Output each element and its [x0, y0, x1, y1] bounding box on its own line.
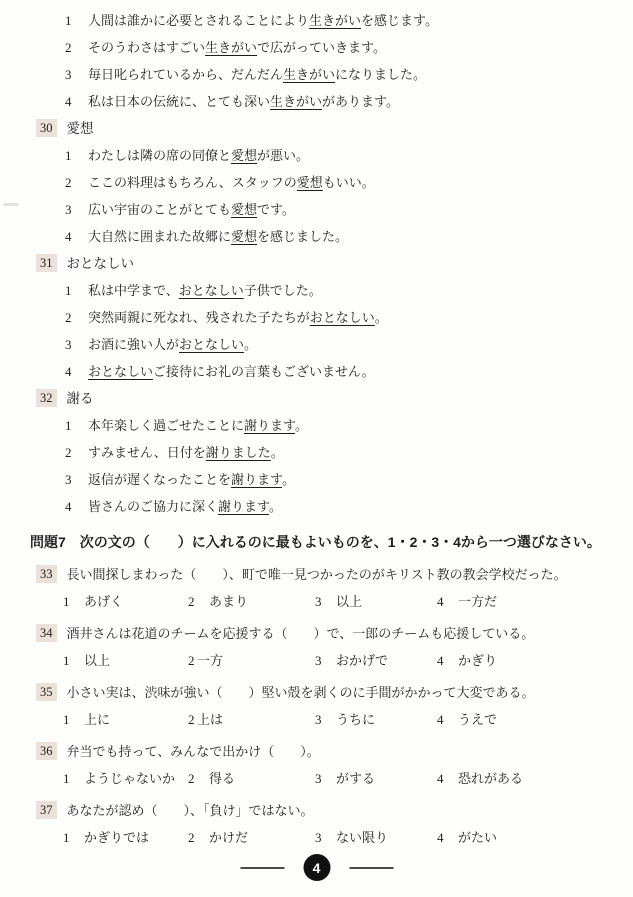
option-number: 4	[65, 493, 88, 520]
underlined-word: おとなしい	[179, 337, 244, 352]
choice-text: 上は	[197, 712, 223, 727]
choice-text: 一方	[197, 653, 223, 668]
choice-number: 1	[63, 647, 72, 674]
grammar-question-sentence-row: 33長い間探しまわった（ ）、町で唯一見つかったのがキリスト教の教会学校だった。	[30, 561, 607, 588]
option-row: 3毎日叱られているから、だんだん生きがいになりました。	[30, 61, 607, 88]
option-number: 3	[65, 61, 88, 88]
word-question-header: 31おとなしい	[30, 250, 607, 277]
choice-text: ようじゃないか	[84, 771, 175, 786]
grammar-question-sentence-row: 36弁当でも持って、みんなで出かけ（ ）。	[30, 738, 607, 765]
grammar-question-text: 長い間探しまわった（ ）、町で唯一見つかったのがキリスト教の教会学校だった。	[67, 561, 567, 588]
choice-text: 以上	[84, 653, 110, 668]
question-number-badge: 35	[36, 683, 57, 701]
word-question-list: 30愛想1わたしは隣の席の同僚と愛想が悪い。2ここの料理はもちろん、スタッフの愛…	[30, 115, 607, 520]
grammar-choice: 4うえで	[437, 706, 607, 733]
grammar-question: 33長い間探しまわった（ ）、町で唯一見つかったのがキリスト教の教会学校だった。…	[30, 561, 607, 615]
word-question: 32謝る1本年楽しく過ごせたことに謝ります。2すみません、日付を謝りました。3返…	[30, 385, 607, 520]
question-number-badge: 36	[36, 742, 57, 760]
page-number-badge: 4	[303, 854, 330, 881]
question-number-badge: 32	[36, 389, 57, 407]
option-number: 2	[65, 304, 88, 331]
underlined-word: おとなしい	[310, 310, 375, 325]
question-number-badge: 33	[36, 565, 57, 583]
option-row: 3広い宇宙のことがとても愛想です。	[30, 196, 607, 223]
option-text: 毎日叱られているから、だんだん生きがいになりました。	[88, 61, 426, 88]
grammar-choice: 4一方だ	[437, 588, 607, 615]
word-question: 31おとなしい1私は中学まで、おとなしい子供でした。2突然両親に死なれ、残された…	[30, 250, 607, 385]
choice-text: 上に	[84, 712, 110, 727]
underlined-word: 謝ります	[244, 418, 295, 433]
grammar-choice: 1以上	[63, 647, 188, 674]
underlined-word: 生きがい	[309, 13, 361, 28]
underlined-word: 愛想	[231, 148, 257, 163]
grammar-question: 36弁当でも持って、みんなで出かけ（ ）。1ようじゃないか2得る3がする4恐れが…	[30, 738, 607, 792]
option-text: 大自然に囲まれた故郷に愛想を感じました。	[88, 223, 348, 250]
choice-text: がする	[336, 771, 375, 786]
grammar-question-text: あなたが認め（ ）、「負け」ではない。	[67, 797, 314, 824]
choice-number: 1	[63, 765, 72, 792]
option-text: 人間は誰かに必要とされることにより生きがいを感じます。	[88, 7, 438, 34]
choice-text: ない限り	[336, 830, 388, 845]
grammar-question-text: 小さい実は、渋味が強い（ ）堅い殻を剥くのに手間がかかって大変である。	[67, 679, 535, 706]
choice-number: 2	[188, 647, 197, 674]
underlined-word: 謝ります	[231, 472, 282, 487]
underlined-word: 生きがい	[283, 67, 335, 82]
choice-text: 恐れがある	[458, 771, 523, 786]
option-text: 私は中学まで、おとなしい子供でした。	[88, 277, 322, 304]
grammar-question-sentence-row: 34酒井さんは花道のチームを応援する（ ）で、一郎のチームも応援している。	[30, 620, 607, 647]
page-footer: 4	[240, 854, 393, 881]
choice-number: 3	[315, 647, 324, 674]
option-text: おとなしいご接待にお礼の言葉もございません。	[88, 358, 375, 385]
page-content: 1人間は誰かに必要とされることにより生きがいを感じます。2そのうわさはすごい生き…	[0, 0, 633, 851]
choice-text: うえで	[458, 712, 497, 727]
grammar-choice: 3ない限り	[315, 824, 437, 851]
grammar-choice: 2かけだ	[188, 824, 315, 851]
option-text: そのうわさはすごい生きがいで広がっていきます。	[88, 34, 386, 61]
option-number: 3	[65, 466, 88, 493]
option-row: 2そのうわさはすごい生きがいで広がっていきます。	[30, 34, 607, 61]
grammar-choice: 3以上	[315, 588, 437, 615]
grammar-question: 34酒井さんは花道のチームを応援する（ ）で、一郎のチームも応援している。1以上…	[30, 620, 607, 674]
grammar-choice: 4がたい	[437, 824, 607, 851]
option-row: 2すみません、日付を謝りました。	[30, 439, 607, 466]
option-number: 1	[65, 7, 88, 34]
grammar-choice-row: 1ようじゃないか2得る3がする4恐れがある	[30, 765, 607, 792]
choice-number: 1	[63, 706, 72, 733]
intro-option-list: 1人間は誰かに必要とされることにより生きがいを感じます。2そのうわさはすごい生き…	[30, 7, 607, 115]
grammar-choice: 4かぎり	[437, 647, 607, 674]
option-text: 本年楽しく過ごせたことに謝ります。	[88, 412, 308, 439]
option-row: 3返信が遅くなったことを謝ります。	[30, 466, 607, 493]
grammar-question-sentence-row: 37あなたが認め（ ）、「負け」ではない。	[30, 797, 607, 824]
option-row: 1本年楽しく過ごせたことに謝ります。	[30, 412, 607, 439]
choice-number: 2	[188, 765, 197, 792]
option-text: 広い宇宙のことがとても愛想です。	[88, 196, 295, 223]
choice-text: かぎり	[458, 653, 497, 668]
grammar-choice-row: 1以上2一方3おかげで4かぎり	[30, 647, 607, 674]
choice-number: 4	[437, 706, 446, 733]
grammar-choice: 4恐れがある	[437, 765, 607, 792]
option-row: 4おとなしいご接待にお礼の言葉もございません。	[30, 358, 607, 385]
choice-number: 1	[63, 824, 72, 851]
option-text: すみません、日付を謝りました。	[88, 439, 284, 466]
grammar-choice: 1かぎりでは	[63, 824, 188, 851]
footer-dash-right	[349, 867, 393, 869]
grammar-question-text: 弁当でも持って、みんなで出かけ（ ）。	[67, 738, 320, 765]
choice-number: 3	[315, 765, 324, 792]
option-text: 突然両親に死なれ、残された子たちがおとなしい。	[88, 304, 388, 331]
option-number: 4	[65, 358, 88, 385]
choice-number: 2	[188, 588, 197, 615]
grammar-question: 37あなたが認め（ ）、「負け」ではない。1かぎりでは2かけだ3ない限り4がたい	[30, 797, 607, 851]
grammar-question: 35小さい実は、渋味が強い（ ）堅い殻を剥くのに手間がかかって大変である。1上に…	[30, 679, 607, 733]
question-word: おとなしい	[67, 250, 135, 277]
underlined-word: 生きがい	[270, 94, 322, 109]
option-text: ここの料理はもちろん、スタッフの愛想もいい。	[88, 169, 375, 196]
option-number: 1	[65, 412, 88, 439]
option-text: わたしは隣の席の同僚と愛想が悪い。	[88, 142, 309, 169]
choice-number: 4	[437, 765, 446, 792]
option-row: 4大自然に囲まれた故郷に愛想を感じました。	[30, 223, 607, 250]
grammar-choice-row: 1かぎりでは2かけだ3ない限り4がたい	[30, 824, 607, 851]
option-number: 3	[65, 196, 88, 223]
grammar-question-list: 33長い間探しまわった（ ）、町で唯一見つかったのがキリスト教の教会学校だった。…	[30, 561, 607, 851]
option-text: 返信が遅くなったことを謝ります。	[88, 466, 295, 493]
choice-number: 2	[188, 824, 197, 851]
choice-text: あまり	[209, 594, 248, 609]
grammar-question-text: 酒井さんは花道のチームを応援する（ ）で、一郎のチームも応援している。	[67, 620, 535, 647]
option-number: 1	[65, 142, 88, 169]
underlined-word: 愛想	[297, 175, 323, 190]
grammar-choice: 2あまり	[188, 588, 315, 615]
choice-number: 3	[315, 588, 324, 615]
choice-number: 3	[315, 706, 324, 733]
option-number: 2	[65, 169, 88, 196]
word-question-header: 32謝る	[30, 385, 607, 412]
option-row: 3お酒に強い人がおとなしい。	[30, 331, 607, 358]
choice-text: がたい	[458, 830, 497, 845]
underlined-word: おとなしい	[88, 364, 153, 379]
choice-text: 一方だ	[458, 594, 497, 609]
choice-text: あげく	[84, 594, 123, 609]
choice-number: 3	[315, 824, 324, 851]
option-row: 2突然両親に死なれ、残された子たちがおとなしい。	[30, 304, 607, 331]
grammar-choice-row: 1上に2上は3うちに4うえで	[30, 706, 607, 733]
grammar-choice: 2得る	[188, 765, 315, 792]
choice-text: 得る	[209, 771, 235, 786]
option-row: 2ここの料理はもちろん、スタッフの愛想もいい。	[30, 169, 607, 196]
option-row: 1人間は誰かに必要とされることにより生きがいを感じます。	[30, 7, 607, 34]
option-text: 皆さんのご協力に深く謝ります。	[88, 493, 282, 520]
scanned-test-page: 1人間は誰かに必要とされることにより生きがいを感じます。2そのうわさはすごい生き…	[0, 0, 633, 897]
question-number-badge: 37	[36, 801, 57, 819]
question-number-badge: 34	[36, 624, 57, 642]
option-row: 4私は日本の伝統に、とても深い生きがいがあります。	[30, 88, 607, 115]
grammar-question-sentence-row: 35小さい実は、渋味が強い（ ）堅い殻を剥くのに手間がかかって大変である。	[30, 679, 607, 706]
question-number-badge: 30	[36, 119, 57, 137]
grammar-choice-row: 1あげく2あまり3以上4一方だ	[30, 588, 607, 615]
choice-number: 4	[437, 824, 446, 851]
page-number: 4	[313, 860, 321, 876]
grammar-choice: 2上は	[188, 706, 315, 733]
option-text: 私は日本の伝統に、とても深い生きがいがあります。	[88, 88, 399, 115]
question-word: 謝る	[67, 385, 94, 412]
word-question-header: 30愛想	[30, 115, 607, 142]
option-number: 2	[65, 439, 88, 466]
grammar-choice: 1上に	[63, 706, 188, 733]
underlined-word: 生きがい	[205, 40, 257, 55]
underlined-word: おとなしい	[179, 283, 244, 298]
option-number: 3	[65, 331, 88, 358]
choice-text: 以上	[336, 594, 362, 609]
choice-text: かぎりでは	[84, 830, 149, 845]
choice-number: 4	[437, 588, 446, 615]
word-question: 30愛想1わたしは隣の席の同僚と愛想が悪い。2ここの料理はもちろん、スタッフの愛…	[30, 115, 607, 250]
section7-heading: 問題7 次の文の（ ）に入れるのに最もよいものを、1・2・3・4から一つ選びなさ…	[30, 528, 607, 556]
grammar-choice: 1ようじゃないか	[63, 765, 188, 792]
underlined-word: 謝りました	[206, 445, 271, 460]
choice-number: 2	[188, 706, 197, 733]
option-row: 4皆さんのご協力に深く謝ります。	[30, 493, 607, 520]
option-number: 2	[65, 34, 88, 61]
choice-text: かけだ	[209, 830, 248, 845]
grammar-choice: 1あげく	[63, 588, 188, 615]
option-row: 1私は中学まで、おとなしい子供でした。	[30, 277, 607, 304]
choice-text: うちに	[336, 712, 375, 727]
grammar-choice: 3おかげで	[315, 647, 437, 674]
option-row: 1わたしは隣の席の同僚と愛想が悪い。	[30, 142, 607, 169]
option-text: お酒に強い人がおとなしい。	[88, 331, 257, 358]
question-number-badge: 31	[36, 254, 57, 272]
choice-number: 4	[437, 647, 446, 674]
scan-artifact-mark	[3, 203, 19, 206]
grammar-choice: 3がする	[315, 765, 437, 792]
footer-dash-left	[240, 867, 284, 869]
option-number: 4	[65, 88, 88, 115]
underlined-word: 愛想	[231, 202, 257, 217]
underlined-word: 愛想	[231, 229, 257, 244]
grammar-choice: 3うちに	[315, 706, 437, 733]
choice-text: おかげで	[336, 653, 388, 668]
option-number: 4	[65, 223, 88, 250]
choice-number: 1	[63, 588, 72, 615]
grammar-choice: 2一方	[188, 647, 315, 674]
option-number: 1	[65, 277, 88, 304]
underlined-word: 謝ります	[218, 499, 269, 514]
question-word: 愛想	[67, 115, 94, 142]
